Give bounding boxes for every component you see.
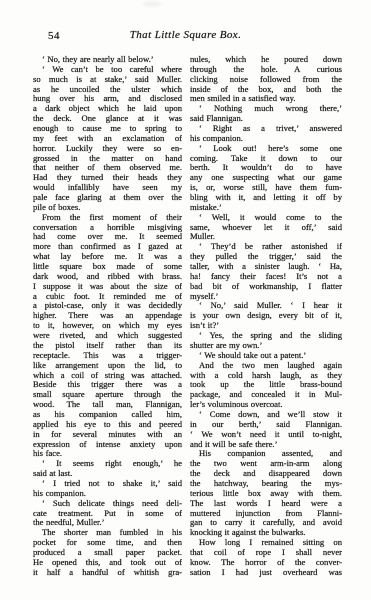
text-line: pile of boxes. (33, 203, 182, 213)
text-line: From the first moment of their (33, 213, 182, 223)
text-line: same, whoever let it off,’ said (190, 223, 342, 233)
text-column-left: ‘ No, they are nearly all below.’‘ We ca… (33, 55, 182, 578)
text-line: ‘ We can’t be too careful where (33, 65, 182, 75)
text-line: ‘ Yes, the spring and the sliding (190, 331, 342, 341)
text-line: dark wood, and ribbed with brass. (33, 272, 182, 282)
text-line: I suppose it was about the size of (33, 282, 182, 292)
text-line: the needful, Muller.’ (33, 518, 182, 528)
text-line: ‘ Come down, and we’ll stow it (190, 410, 342, 420)
text-line: ‘ It seems right enough,’ he (33, 459, 182, 469)
book-page: 54 That Little Square Box. ‘ No, they ar… (0, 0, 371, 600)
text-line: as his companion called him, (33, 410, 182, 420)
text-line: enough to cause me to spring to (33, 124, 182, 134)
text-line: knocking it against the bulwarks. (190, 528, 342, 538)
text-line: like arrangement upon the lid, to (33, 361, 182, 371)
text-line: ‘ Look out! here’s some one (190, 144, 342, 154)
text-line: The last words I heard were a (190, 499, 342, 509)
text-line: ‘ I tried not to shake it,’ said (33, 479, 182, 489)
text-line: taller, with a sinister laugh. ‘ Ha, (190, 262, 342, 272)
text-line: took up the little brass-bound (190, 380, 342, 390)
text-line: ‘ They’d be rather astonished if (190, 242, 342, 252)
text-line: it half a handful of whitish gra- (33, 568, 182, 578)
text-line: my feet with an exclamation of (33, 134, 182, 144)
text-line: through the hole. A curious (190, 65, 342, 75)
text-line: pocket for some time, and then (33, 538, 182, 548)
text-line: the two went arm-in-arm along (190, 459, 342, 469)
text-line: cate treatment. Put in some of (33, 509, 182, 519)
text-line: were riveted, and which suggested (33, 331, 182, 341)
text-line: nules, which he poured down (190, 55, 342, 65)
text-line: ‘ Such delicate things need deli- (33, 499, 182, 509)
text-line: in for several minutes with an (33, 430, 182, 440)
text-line: men smiled in a satisfied way. (190, 94, 342, 104)
scan-smudge (143, 1, 161, 7)
text-line: a cubic foot. It reminded me of (33, 292, 182, 302)
text-line: berth. It wouldn’t do to have (190, 163, 342, 173)
text-line: ler’s voluminous overcoat. (190, 400, 342, 410)
text-line: said Flannigan. (190, 114, 342, 124)
text-line: gan to carry it carefully, and avoid (190, 518, 342, 528)
text-line: the pistol itself rather than its (33, 341, 182, 351)
text-line: his companion. (33, 489, 182, 499)
text-columns: ‘ No, they are nearly all below.’‘ We ca… (33, 55, 342, 578)
text-line: know. The horror of the conver- (190, 558, 342, 568)
text-line: Muller. (190, 232, 342, 242)
text-line: the deck. One glance at it was (33, 114, 182, 124)
text-line: which a coil of string was attached. (33, 371, 182, 381)
text-line: shutter are my own.’ (190, 341, 342, 351)
text-line: How long I remained sitting on (190, 538, 342, 548)
running-title: That Little Square Box. (0, 29, 371, 41)
text-line: conversation a horrible misgiving (33, 223, 182, 233)
text-line: ‘ No, they are nearly all below.’ (33, 55, 182, 65)
text-line: ha! fancy their faces! It’s not a (190, 272, 342, 282)
text-line: a pistol-case, only it was decidedly (33, 301, 182, 311)
text-line: ‘ Right as a trivet,’ answered (190, 124, 342, 134)
text-line: Had they turned their heads they (33, 173, 182, 183)
text-line: what lay before me. It was a (33, 252, 182, 262)
text-line: applied his eye to this and peered (33, 420, 182, 430)
text-line: mistake.’ (190, 203, 342, 213)
text-line: his face. (33, 449, 182, 459)
text-line: horror. Luckily they were so en- (33, 144, 182, 154)
text-line: ‘ No,’ said Muller. ‘ I hear it (190, 301, 342, 311)
text-line: to it, however, on which my eyes (33, 321, 182, 331)
text-line: ‘ Nothing much wrong there,’ (190, 104, 342, 114)
text-line: more than confirmed as I gazed at (33, 242, 182, 252)
text-line: a dark object which he laid upon (33, 104, 182, 114)
text-line: they pulled the trigger,’ said the (190, 252, 342, 262)
text-line: is, or, worse still, have them fum- (190, 183, 342, 193)
text-line: ‘ We won’t need it until to-night, (190, 430, 342, 440)
text-line: muttered injunction from Flanni- (190, 509, 342, 519)
text-line: small square aperture through the (33, 390, 182, 400)
text-line: isn’t it?’ (190, 321, 342, 331)
text-line: sation I had just overheard was (190, 568, 342, 578)
text-line: myself.’ (190, 292, 342, 302)
text-line: expression of intense anxiety upon (33, 440, 182, 450)
text-line: and it will be safe there.’ (190, 440, 342, 450)
text-line: package, and concealed it in Mul- (190, 390, 342, 400)
text-line: bling with it, and letting it off by (190, 193, 342, 203)
text-line: Beside this trigger there was a (33, 380, 182, 390)
text-line: in our berth,’ said Flannigan. (190, 420, 342, 430)
text-line: ‘ Well, it would come to the (190, 213, 342, 223)
text-line: produced a small paper packet. (33, 548, 182, 558)
text-line: is your own design, every bit of it, (190, 311, 342, 321)
text-line: receptacle. This was a trigger- (33, 351, 182, 361)
text-line: that coil of rope I shall never (190, 548, 342, 558)
text-line: ‘ We should take out a patent.’ (190, 351, 342, 361)
text-line: would infallibly have seen my (33, 183, 182, 193)
text-line: wood. The tall man, Flannigan, (33, 400, 182, 410)
text-line: higher. There was an appendage (33, 311, 182, 321)
text-line: said at last. (33, 469, 182, 479)
text-line: pale face glaring at them over the (33, 193, 182, 203)
text-line: any one suspecting what our game (190, 173, 342, 183)
text-line: with a cold harsh laugh, as they (190, 371, 342, 381)
text-line: so much is at stake,’ said Muller. (33, 75, 182, 85)
text-line: as he uncoiled the ulster which (33, 85, 182, 95)
text-line: his companion. (190, 134, 342, 144)
text-line: hung over his arm, and disclosed (33, 94, 182, 104)
text-line: bad bit of workmanship, I flatter (190, 282, 342, 292)
text-line: grossed in the matter on hand (33, 154, 182, 164)
text-line: coming. Take it down to our (190, 154, 342, 164)
text-line: And the two men laughed again (190, 361, 342, 371)
text-column-right: nules, which he poured downthrough the h… (190, 55, 342, 578)
text-line: inside of the box, and both the (190, 85, 342, 95)
text-line: He opened this, and took out of (33, 558, 182, 568)
text-line: little square box made of some (33, 262, 182, 272)
text-line: terious little box away with them. (190, 489, 342, 499)
text-line: His companion assented, and (190, 449, 342, 459)
text-line: the deck and disappeared down (190, 469, 342, 479)
text-line: the hatchway, bearing the mys- (190, 479, 342, 489)
text-line: The shorter man fumbled in his (33, 528, 182, 538)
text-line: had come over me. It seemed (33, 232, 182, 242)
text-line: that neither of them observed me. (33, 163, 182, 173)
text-line: clicking noise followed from the (190, 75, 342, 85)
